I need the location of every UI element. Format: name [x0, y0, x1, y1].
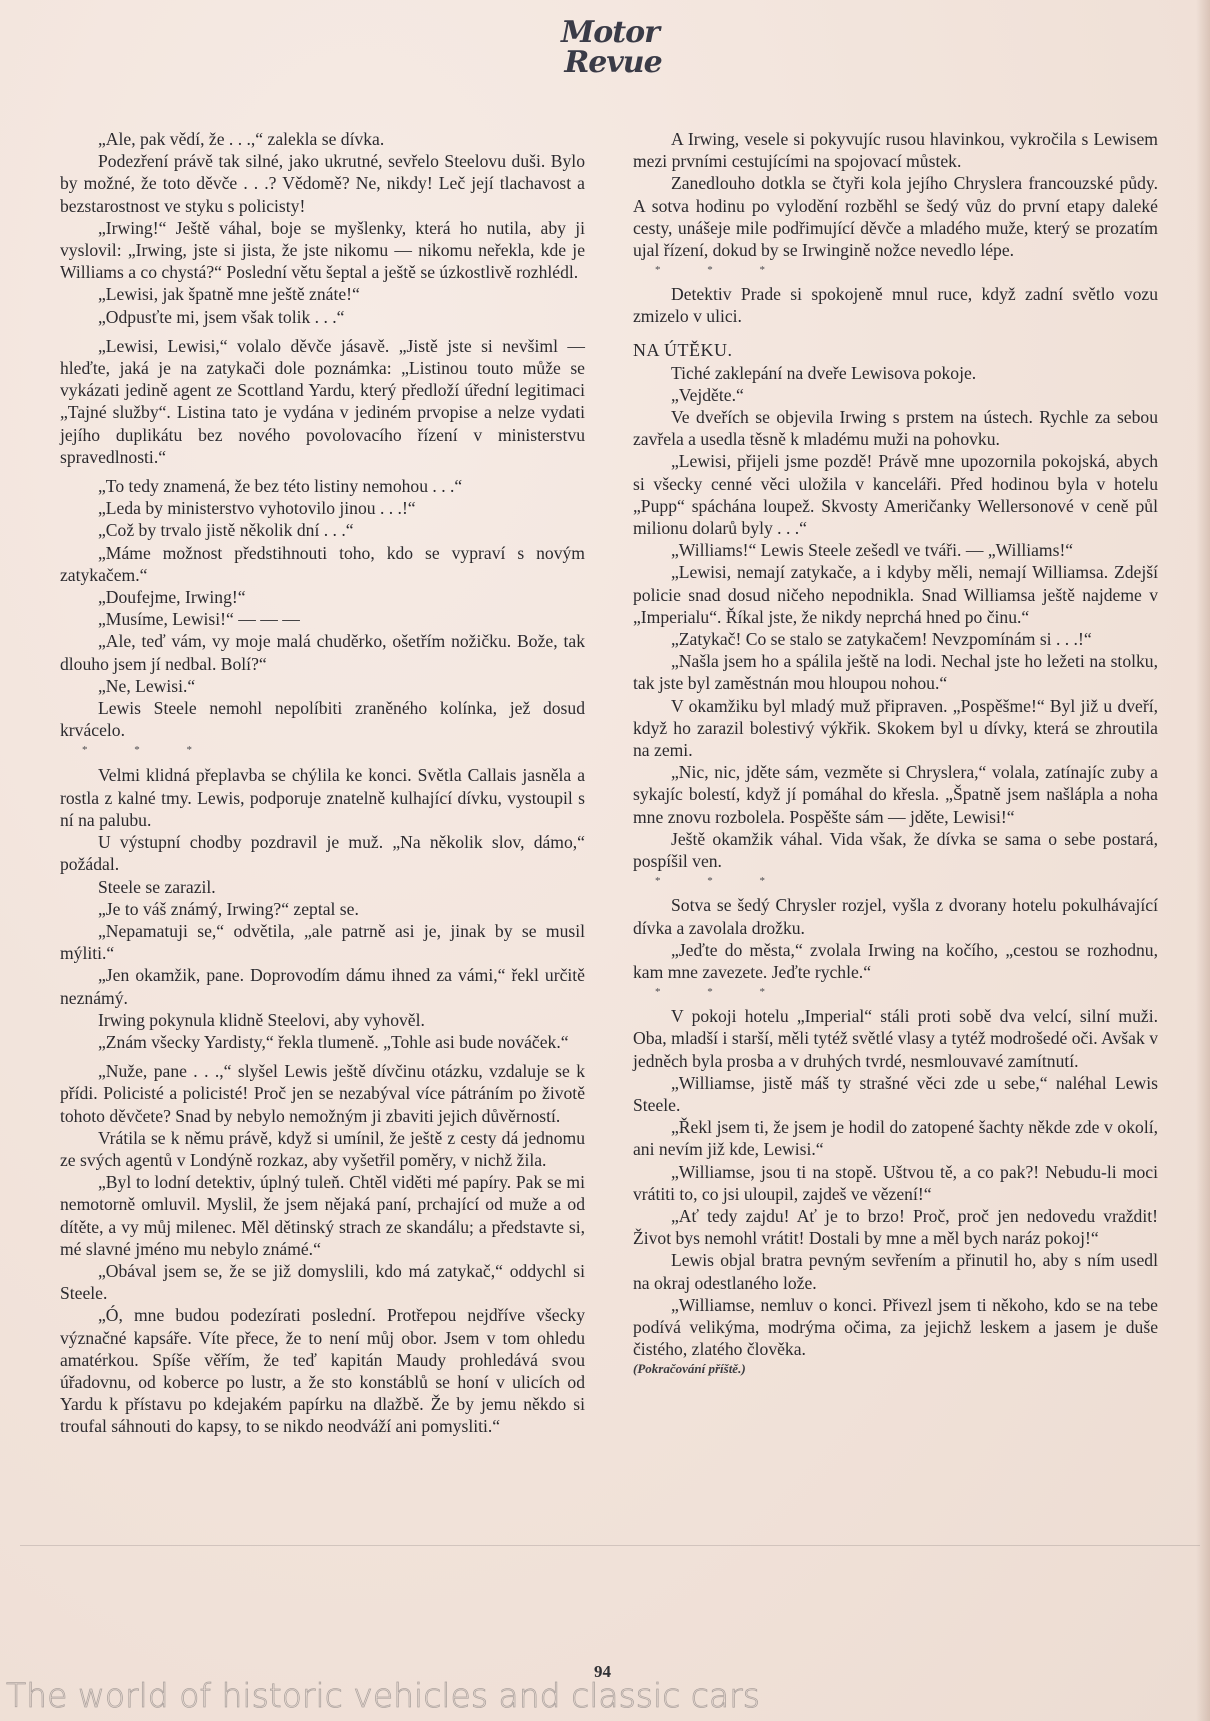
paragraph: „Nuže, pane . . .,“ slyšel Lewis ještě d… [60, 1060, 585, 1127]
paragraph: „Našla jsem ho a spálila ještě na lodi. … [633, 650, 1158, 694]
right-text-column: A Irwing, vesele si pokyvujíc rusou hlav… [633, 128, 1158, 1378]
paragraph: U výstupní chodby pozdravil je muž. „Na … [60, 831, 585, 875]
paragraph: „Ó, mne budou podezírati poslední. Protř… [60, 1304, 585, 1437]
paragraph: Lewis Steele nemohl nepolíbiti zraněného… [60, 697, 585, 741]
paragraph: Ještě okamžik váhal. Vida však, že dívka… [633, 828, 1158, 872]
paragraph: „Irwing!“ Ještě váhal, boje se myšlenky,… [60, 217, 585, 284]
paragraph: Zanedlouho dotkla se čtyři kola jejího C… [633, 172, 1158, 261]
paragraph: Sotva se šedý Chrysler rozjel, vyšla z d… [633, 894, 1158, 938]
paragraph: V pokoji hotelu „Imperial“ stáli proti s… [633, 1005, 1158, 1072]
section-separator: * * * [60, 743, 585, 757]
masthead-line-motor: Motor [545, 18, 675, 48]
paragraph: „Zatykač! Co se stalo se zatykačem! Nevz… [633, 628, 1158, 650]
paragraph: Steele se zarazil. [60, 876, 585, 898]
watermark-tagline: The world of historic vehicles and class… [6, 1676, 760, 1715]
paragraph: „Lewisi, přijeli jsme pozdě! Právě mne u… [633, 450, 1158, 539]
paragraph: „Znám všecky Yardisty,“ řekla tlumeně. „… [60, 1031, 585, 1053]
paragraph: „Doufejme, Irwing!“ [60, 586, 585, 608]
paragraph: „Musíme, Lewisi!“ — — — [60, 608, 585, 630]
paragraph: Irwing pokynula klidně Steelovi, aby vyh… [60, 1009, 585, 1031]
paragraph: Velmi klidná přeplavba se chýlila ke kon… [60, 764, 585, 831]
watermark-outline [20, 1545, 1200, 1626]
section-heading: NA ÚTĚKU. [633, 338, 1158, 362]
paragraph: „Což by trvalo jistě několik dní . . .“ [60, 519, 585, 541]
paragraph: „Jeďte do města,“ zvolala Irwing na kočí… [633, 939, 1158, 983]
masthead-line-revue: Revue [551, 48, 675, 78]
paragraph: „Ale, teď vám, vy moje malá chuděrko, oš… [60, 630, 585, 674]
paragraph: Lewis objal bratra pevným sevřením a při… [633, 1249, 1158, 1293]
paragraph: „Ne, Lewisi.“ [60, 675, 585, 697]
paragraph: „Leda by ministerstvo vyhotovilo jinou .… [60, 497, 585, 519]
paragraph: „Williamse, jistě máš ty strašné věci zd… [633, 1072, 1158, 1116]
paragraph: „Máme možnost předstihnouti toho, kdo se… [60, 542, 585, 586]
paragraph: „Odpusťte mi, jsem však tolik . . .“ [60, 306, 585, 328]
paragraph: A Irwing, vesele si pokyvujíc rusou hlav… [633, 128, 1158, 172]
paragraph: „To tedy znamená, že bez této listiny ne… [60, 475, 585, 497]
section-separator: * * * [633, 874, 1158, 888]
left-text-column: „Ale, pak vědí, že . . .,“ zalekla se dí… [60, 128, 585, 1438]
paragraph: „Byl to lodní detektiv, úplný tuleň. Cht… [60, 1171, 585, 1260]
paragraph: „Vejděte.“ [633, 384, 1158, 406]
paragraph: V okamžiku byl mladý muž připraven. „Pos… [633, 695, 1158, 762]
paragraph: „Lewisi, jak špatně mne ještě znáte!“ [60, 283, 585, 305]
masthead-logo: Motor Revue [545, 18, 675, 78]
page-edge-shadow [1196, 0, 1210, 1721]
paragraph: „Ale, pak vědí, že . . .,“ zalekla se dí… [60, 128, 585, 150]
section-separator: * * * [633, 985, 1158, 999]
paragraph: Tiché zaklepání na dveře Lewisova pokoje… [633, 362, 1158, 384]
paragraph: „Williamse, jsou ti na stopě. Uštvou tě,… [633, 1161, 1158, 1205]
paragraph: „Jen okamžik, pane. Doprovodím dámu ihne… [60, 964, 585, 1008]
continued-next-issue-note: (Pokračování příště.) [633, 1360, 1158, 1378]
paragraph: Vrátila se k němu právě, když si umínil,… [60, 1127, 585, 1171]
paragraph: „Williams!“ Lewis Steele zešedl ve tváři… [633, 539, 1158, 561]
paragraph: Detektiv Prade si spokojeně mnul ruce, k… [633, 283, 1158, 327]
paragraph: Ve dveřích se objevila Irwing s prstem n… [633, 406, 1158, 450]
paragraph: „Williamse, nemluv o konci. Přivezl jsem… [633, 1294, 1158, 1361]
paragraph: „Ať tedy zajdu! Ať je to brzo! Proč, pro… [633, 1205, 1158, 1249]
paragraph: „Lewisi, Lewisi,“ volalo děvče jásavě. „… [60, 335, 585, 468]
paragraph: „Nepamatuji se,“ odvětila, „ale patrně a… [60, 920, 585, 964]
paragraph: „Řekl jsem ti, že jsem je hodil do zatop… [633, 1116, 1158, 1160]
paragraph: „Nic, nic, jděte sám, vezměte si Chrysle… [633, 761, 1158, 828]
paragraph: „Lewisi, nemají zatykače, a i kdyby měli… [633, 561, 1158, 628]
paragraph: Podezření právě tak silné, jako ukrutné,… [60, 150, 585, 217]
paragraph: „Je to váš známý, Irwing?“ zeptal se. [60, 898, 585, 920]
paragraph: „Obával jsem se, že se již domyslili, kd… [60, 1260, 585, 1304]
section-separator: * * * [633, 263, 1158, 277]
